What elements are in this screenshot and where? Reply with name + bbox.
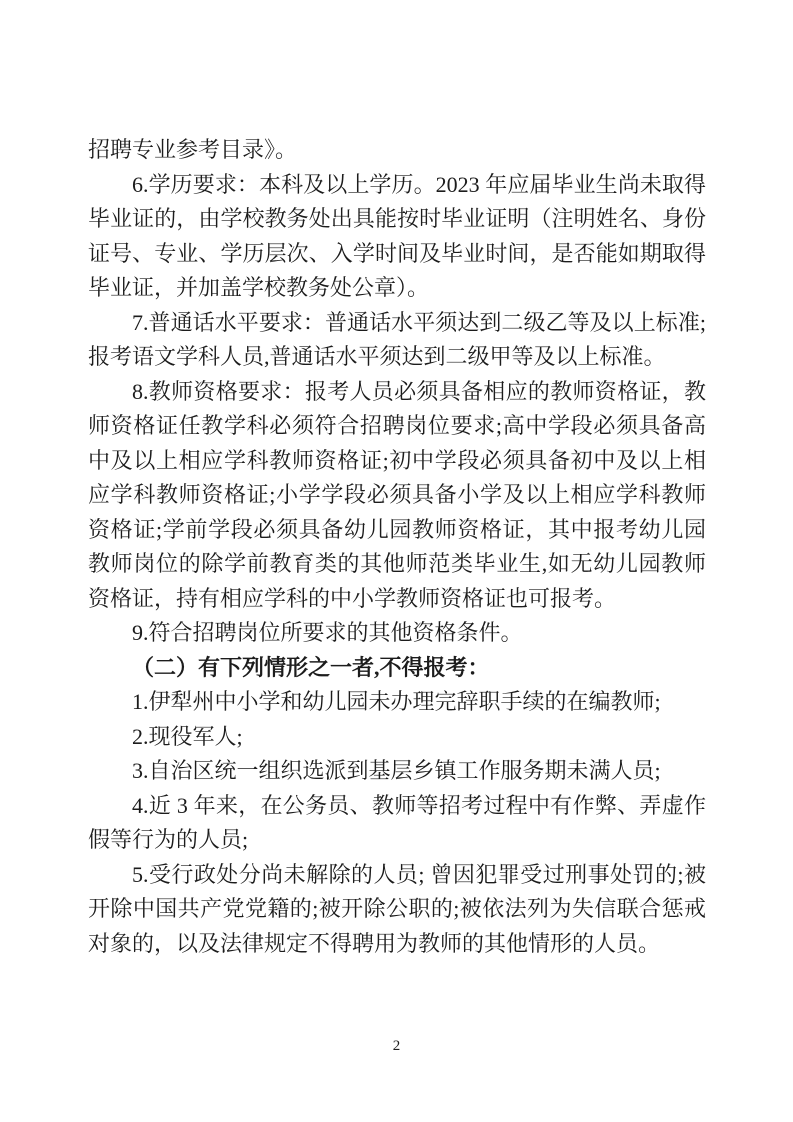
paragraph-item-7-putonghua-requirement: 7.普通话水平要求：普通话水平须达到二级乙等及以上标准;报考语文学科人员,普通话…: [88, 306, 706, 375]
page-body-text: 招聘专业参考目录》。 6.学历要求：本科及以上学历。2023 年应届毕业生尚未取…: [88, 133, 706, 961]
section-heading-ineligible-conditions: （二）有下列情形之一者,不得报考：: [88, 651, 706, 686]
page-number: 2: [0, 1036, 793, 1056]
paragraph-ineligible-5-disciplinary-cases: 5.受行政处分尚未解除的人员; 曾因犯罪受过刑事处罚的;被开除中国共产党党籍的;…: [88, 858, 706, 962]
paragraph-ineligible-1-unresigned-teachers: 1.伊犁州中小学和幼儿园未办理完辞职手续的在编教师;: [88, 685, 706, 720]
paragraph-ineligible-2-active-military: 2.现役军人;: [88, 720, 706, 755]
document-page: 招聘专业参考目录》。 6.学历要求：本科及以上学历。2023 年应届毕业生尚未取…: [0, 0, 793, 1122]
paragraph-item-9-other-qualifications: 9.符合招聘岗位所要求的其他资格条件。: [88, 616, 706, 651]
paragraph-item-6-education-requirement: 6.学历要求：本科及以上学历。2023 年应届毕业生尚未取得毕业证的，由学校教务…: [88, 168, 706, 306]
paragraph-ineligible-4-exam-cheating: 4.近 3 年来，在公务员、教师等招考过程中有作弊、弄虚作假等行为的人员;: [88, 789, 706, 858]
paragraph-item-8-teacher-certificate-requirement: 8.教师资格要求：报考人员必须具备相应的教师资格证，教师资格证任教学科必须符合招…: [88, 375, 706, 617]
paragraph-ineligible-3-grassroots-service: 3.自治区统一组织选派到基层乡镇工作服务期未满人员;: [88, 754, 706, 789]
paragraph-catalog-continuation: 招聘专业参考目录》。: [88, 133, 706, 168]
